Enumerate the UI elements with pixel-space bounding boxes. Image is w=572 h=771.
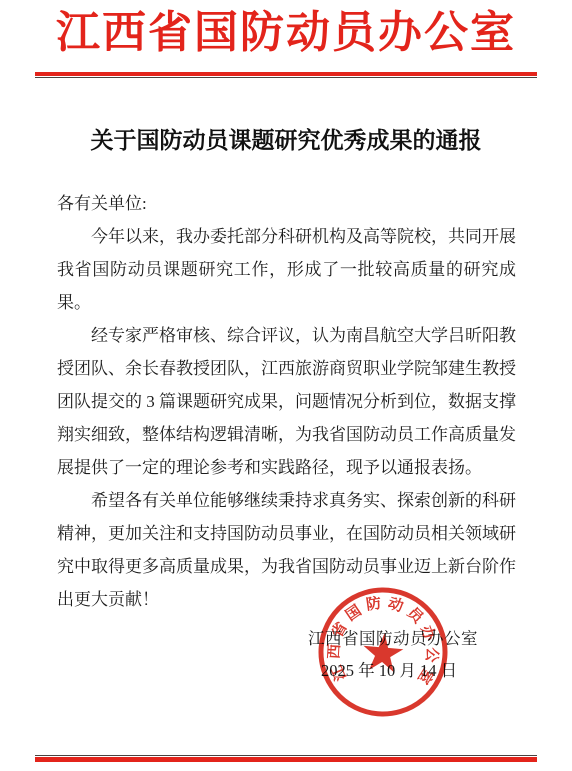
paragraph-1: 今年以来，我办委托部分科研机构及高等院校，共同开展我省国防动员课题研究工作，形成…	[57, 220, 516, 319]
salutation: 各有关单位:	[57, 187, 516, 220]
document-body: 各有关单位: 今年以来，我办委托部分科研机构及高等院校，共同开展我省国防动员课题…	[57, 187, 516, 616]
letterhead-title: 江西省国防动员办公室	[0, 2, 572, 64]
divider-red-line	[35, 72, 537, 76]
divider-dark-line	[35, 77, 537, 78]
official-seal: 江西省国防动员办公室	[302, 571, 465, 734]
footer-dark-line	[35, 755, 537, 756]
footer-divider	[35, 755, 537, 762]
letterhead-divider	[35, 72, 537, 78]
document-page: 江西省国防动员办公室 关于国防动员课题研究优秀成果的通报 各有关单位: 今年以来…	[0, 0, 572, 771]
paragraph-2: 经专家严格审核、综合评议，认为南昌航空大学吕昕阳教授团队、余长春教授团队，江西旅…	[57, 319, 516, 484]
red-star-icon	[361, 631, 404, 672]
footer-red-line	[35, 757, 537, 762]
document-title: 关于国防动员课题研究优秀成果的通报	[0, 124, 572, 158]
